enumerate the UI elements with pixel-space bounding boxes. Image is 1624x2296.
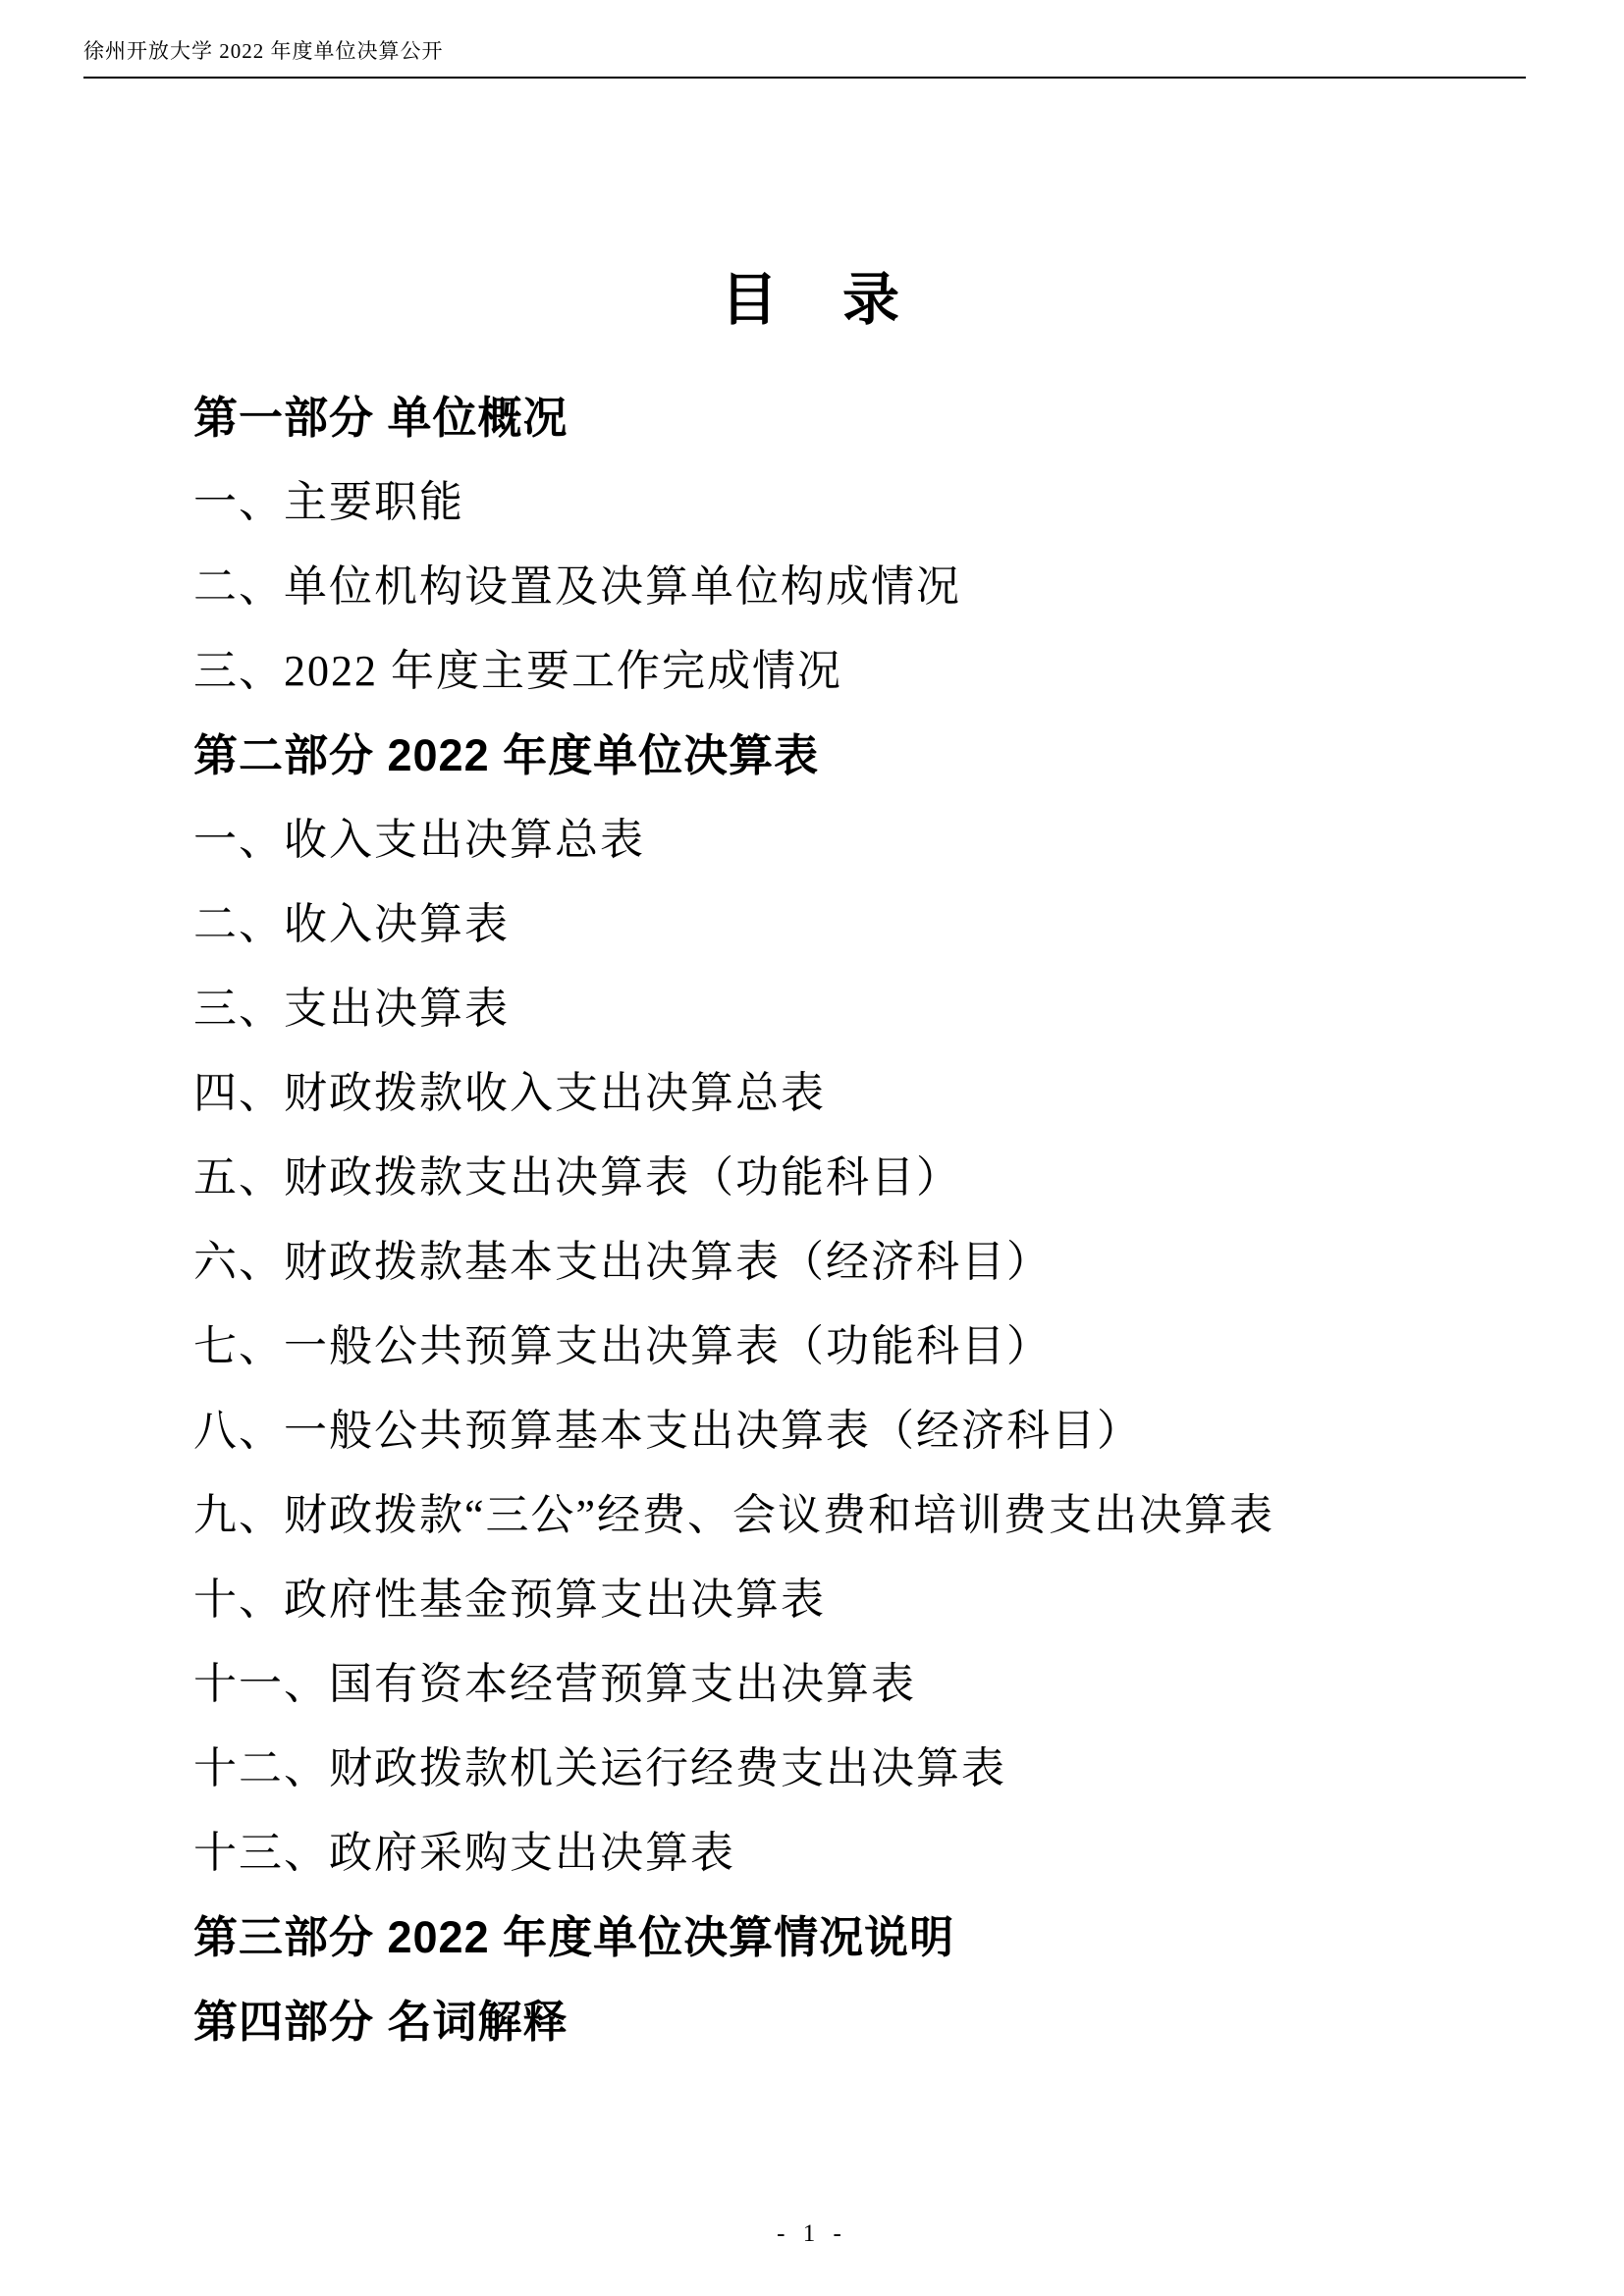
toc-entry: 六、财政拨款基本支出决算表（经济科目） [193,1220,1536,1305]
page-title: 目 录 [0,253,1624,336]
toc-entry: 四、财政拨款收入支出决算总表 [193,1051,1536,1136]
toc-section-heading: 第二部分 2022 年度单位决算表 [193,714,1536,798]
toc-entry: 七、一般公共预算支出决算表（功能科目） [193,1305,1536,1389]
document-page: 徐州开放大学 2022 年度单位决算公开 目 录 第一部分 单位概况一、主要职能… [0,0,1624,2296]
toc-entry: 十、政府性基金预算支出决算表 [193,1558,1536,1642]
toc-entry: 三、2022 年度主要工作完成情况 [193,629,1536,714]
toc-entry: 十三、政府采购支出决算表 [193,1811,1536,1896]
table-of-contents: 第一部分 单位概况一、主要职能二、单位机构设置及决算单位构成情况三、2022 年… [193,376,1536,2064]
toc-entry: 十二、财政拨款机关运行经费支出决算表 [193,1727,1536,1811]
header-title-text: 徐州开放大学 2022 年度单位决算公开 [83,39,444,63]
toc-entry: 三、支出决算表 [193,967,1536,1051]
toc-entry: 八、一般公共预算基本支出决算表（经济科目） [193,1389,1536,1473]
toc-entry: 十一、国有资本经营预算支出决算表 [193,1642,1536,1727]
toc-section-heading: 第一部分 单位概况 [193,376,1536,460]
toc-section-heading: 第四部分 名词解释 [193,1980,1536,2064]
toc-section-heading: 第三部分 2022 年度单位决算情况说明 [193,1896,1536,1980]
toc-entry: 二、单位机构设置及决算单位构成情况 [193,545,1536,629]
page-footer: - 1 - [0,2220,1624,2248]
toc-entry: 五、财政拨款支出决算表（功能科目） [193,1136,1536,1220]
page-number: - 1 - [777,2220,847,2247]
toc-entry: 九、财政拨款“三公”经费、会议费和培训费支出决算表 [193,1473,1536,1558]
toc-entry: 一、收入支出决算总表 [193,798,1536,882]
toc-entry: 二、收入决算表 [193,882,1536,967]
toc-entry: 一、主要职能 [193,460,1536,545]
page-header: 徐州开放大学 2022 年度单位决算公开 [83,35,1526,79]
